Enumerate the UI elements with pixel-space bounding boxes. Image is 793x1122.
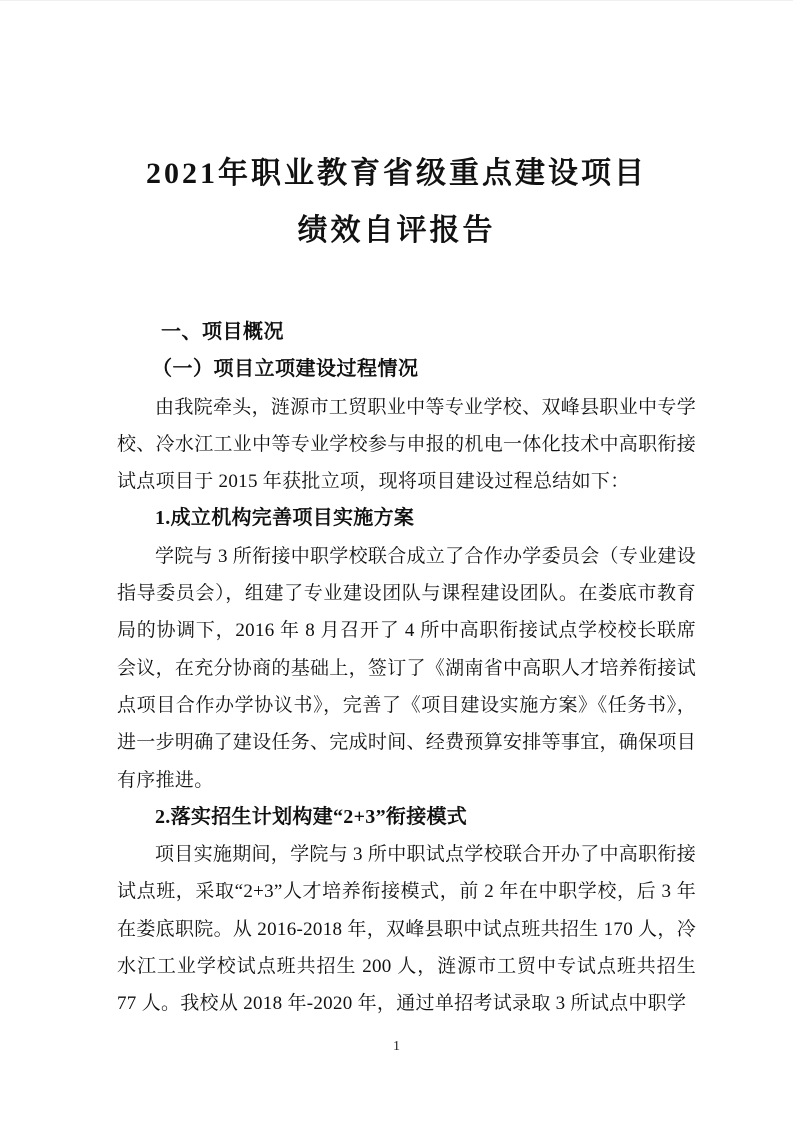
- page-number: 1: [0, 1039, 793, 1055]
- item-heading-establish-organization: 1.成立机构完善项目实施方案: [117, 500, 696, 537]
- document-title: 2021年职业教育省级重点建设项目 绩效自评报告: [0, 1, 793, 259]
- subsection-heading-project-approval-process: （一）项目立项建设过程情况: [117, 351, 696, 388]
- item-heading-enrollment-plan: 2.落实招生计划构建“2+3”衔接模式: [117, 799, 696, 836]
- section-heading-project-overview: 一、项目概况: [117, 314, 696, 351]
- paragraph-organization-details: 学院与 3 所衔接中职学校联合成立了合作办学委员会（专业建设指导委员会），组建了…: [117, 538, 696, 799]
- paragraph-enrollment-details: 项目实施期间，学院与 3 所中职试点学校联合开办了中高职衔接试点班，采取“2+3…: [117, 836, 696, 1022]
- document-title-line-1: 2021年职业教育省级重点建设项目: [0, 145, 793, 202]
- document-page: 2021年职业教育省级重点建设项目 绩效自评报告 一、项目概况 （一）项目立项建…: [0, 0, 793, 1122]
- paragraph-project-approval-intro: 由我院牵头，涟源市工贸职业中等专业学校、双峰县职业中专学校、冷水江工业中等专业学…: [117, 389, 696, 501]
- document-body: 一、项目概况 （一）项目立项建设过程情况 由我院牵头，涟源市工贸职业中等专业学校…: [117, 314, 696, 1023]
- document-title-line-2: 绩效自评报告: [0, 202, 793, 259]
